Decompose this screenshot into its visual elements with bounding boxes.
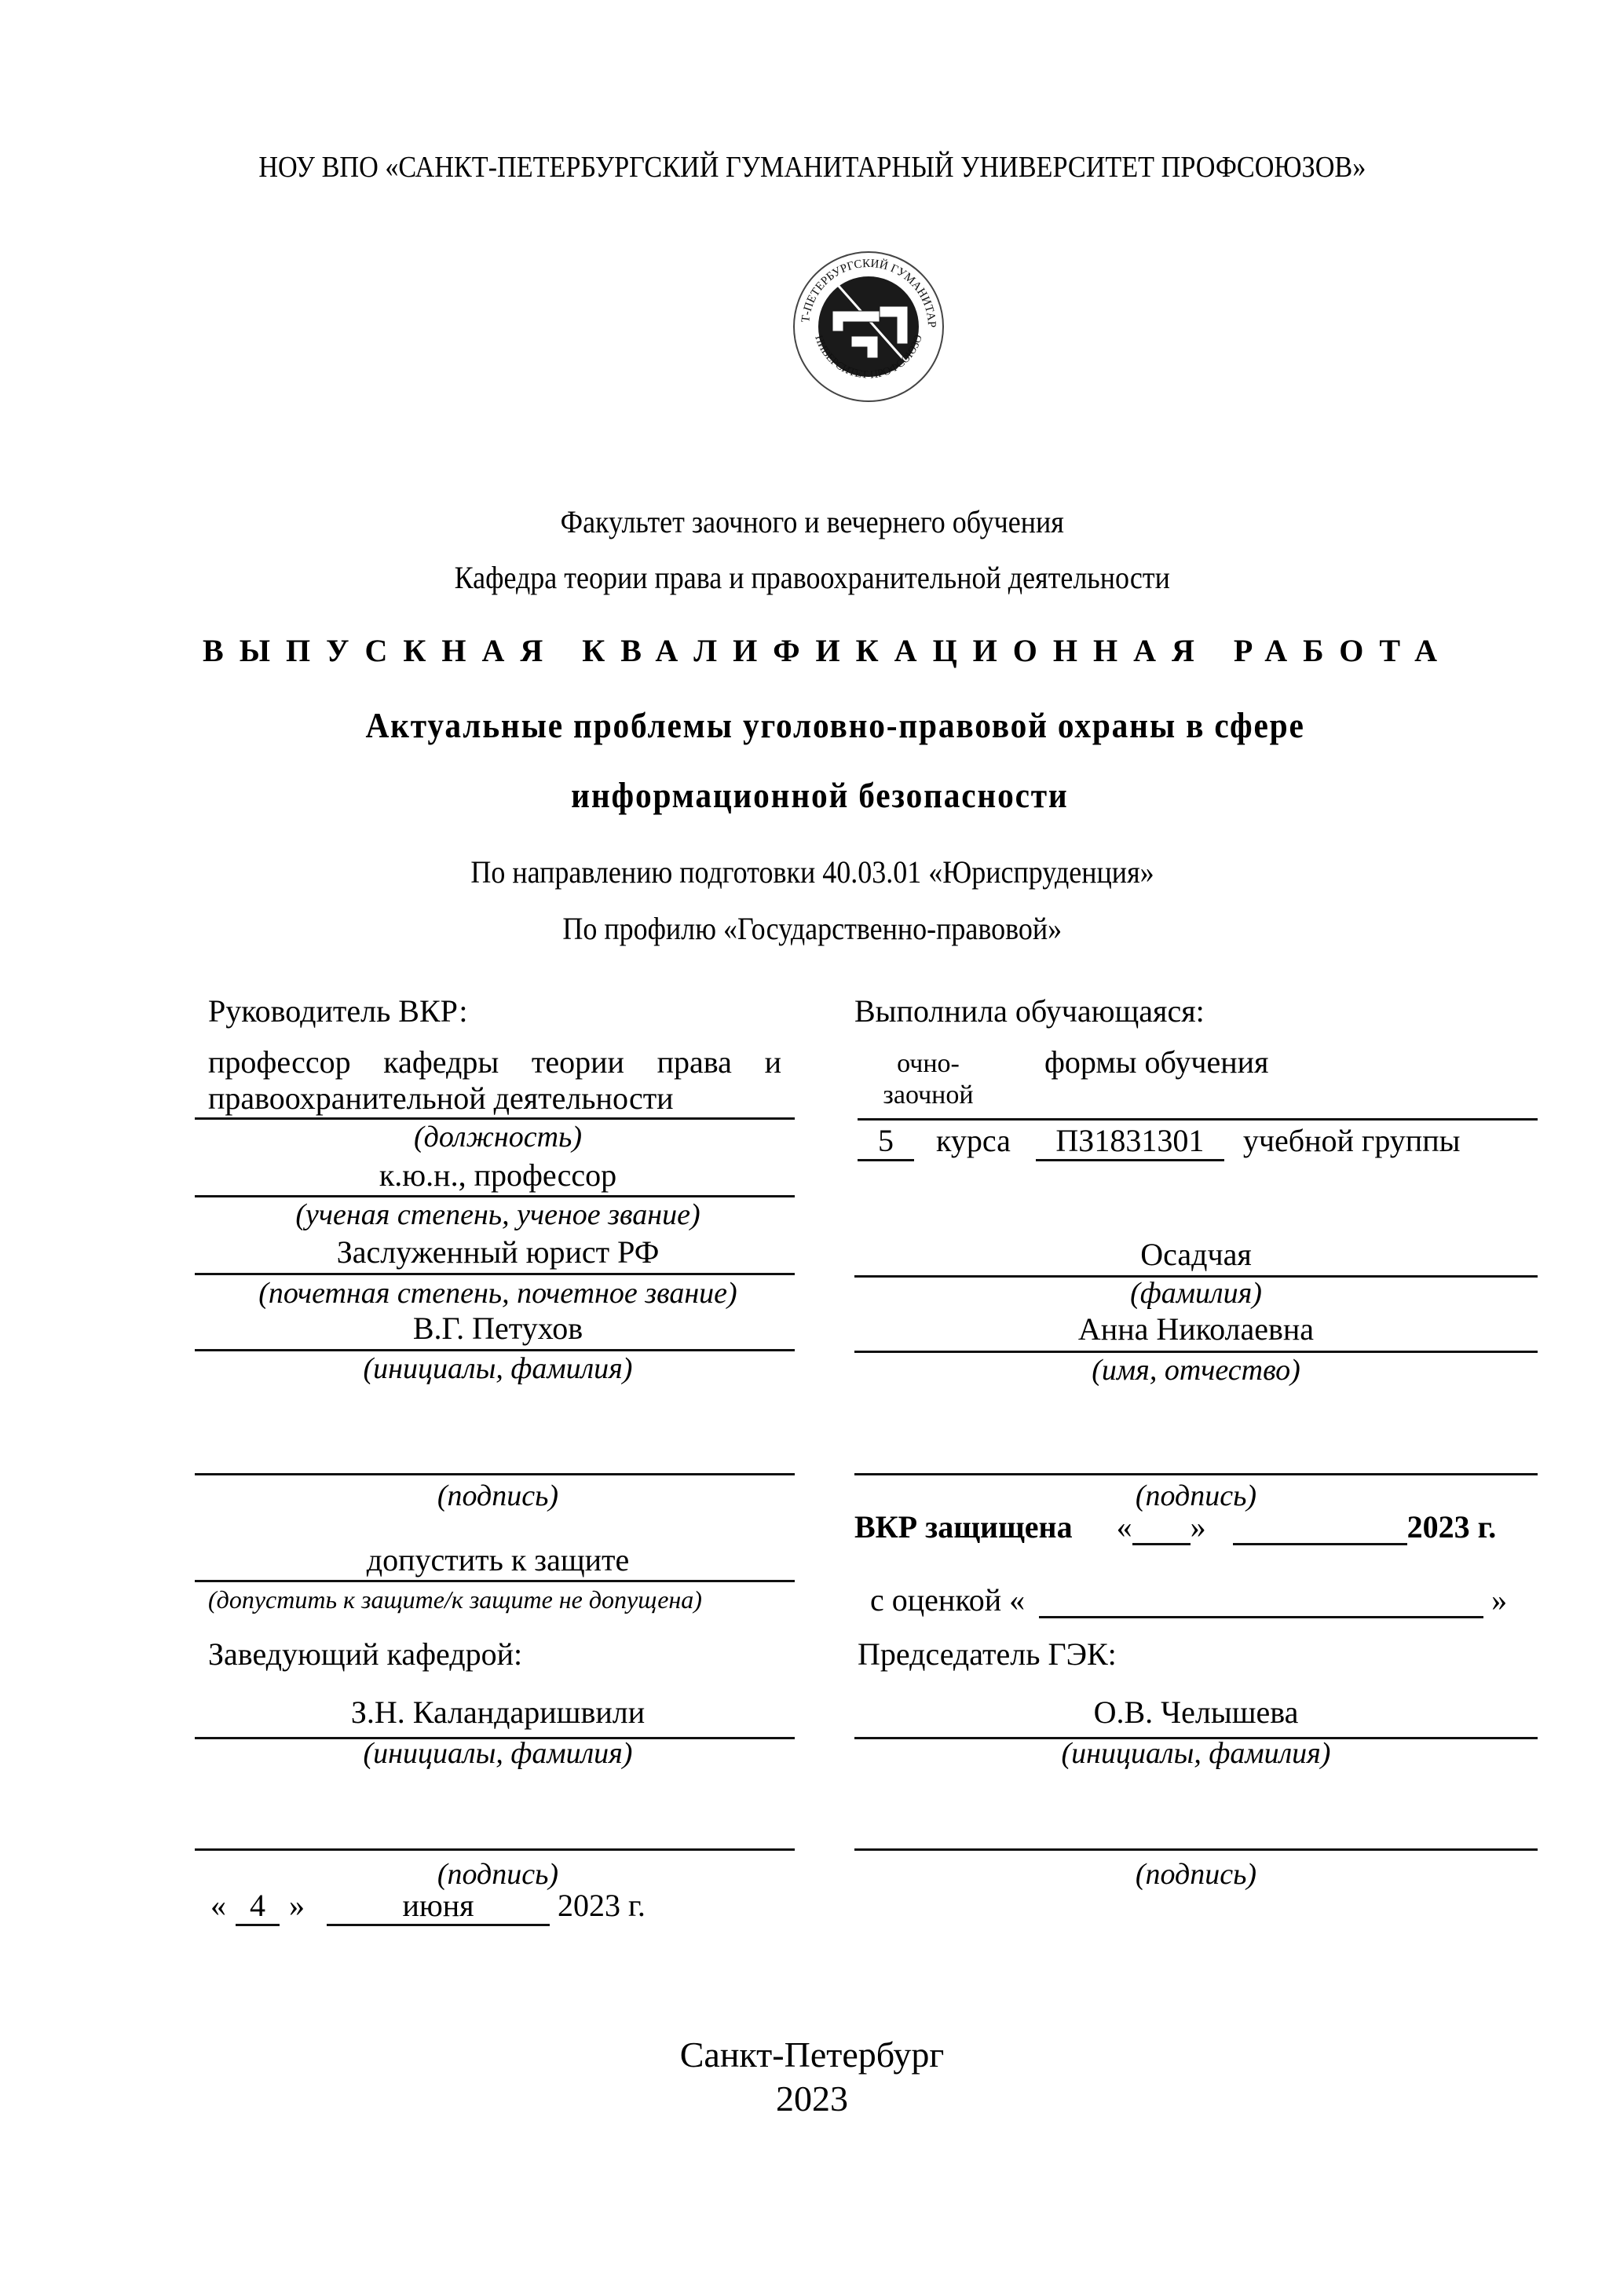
head-name: З.Н. Каландаришвили	[195, 1695, 801, 1731]
supervisor-honorary: Заслуженный юрист РФ	[195, 1234, 801, 1270]
date-close-quote: »	[289, 1888, 305, 1923]
supervisor-name: В.Г. Петухов	[195, 1311, 801, 1347]
footer-city: Санкт-Петербург	[0, 2034, 1624, 2076]
thesis-title-line1: Актуальные проблемы уголовно-правовой ох…	[0, 704, 1624, 746]
grade-field[interactable]	[1039, 1586, 1483, 1618]
chair-name-caption: (инициалы, фамилия)	[854, 1735, 1538, 1771]
given-names-caption: (имя, отчество)	[854, 1352, 1538, 1388]
head-date: « 4 » июня 2023 г.	[210, 1888, 646, 1926]
chair-signature-caption: (подпись)	[854, 1856, 1538, 1892]
chair-name: О.В. Челышева	[854, 1695, 1538, 1731]
supervisor-position-line1: профессор кафедры теории права и	[208, 1044, 781, 1080]
student-signature-line[interactable]	[854, 1473, 1538, 1475]
group-label: учебной группы	[1243, 1123, 1461, 1158]
study-form-value[interactable]: очно- заочной	[881, 1048, 975, 1111]
grade-close-quote: »	[1491, 1582, 1507, 1618]
defense-row: ВКР защищена «» 2023 г.	[854, 1509, 1496, 1545]
study-form-line2: заочной	[881, 1080, 975, 1111]
date-day-field[interactable]: 4	[236, 1888, 280, 1926]
grade-row: с оценкой « »	[870, 1582, 1507, 1618]
defense-label: ВКР защищена	[854, 1509, 1073, 1545]
study-form-label: формы обучения	[1044, 1044, 1268, 1080]
surname-caption: (фамилия)	[854, 1275, 1538, 1311]
student-surname: Осадчая	[854, 1237, 1538, 1273]
date-year: 2023 г.	[558, 1888, 646, 1923]
course-field[interactable]: 5	[858, 1123, 914, 1161]
document-type: ВЫПУСКНАЯ КВАЛИФИКАЦИОННАЯ РАБОТА	[0, 632, 1624, 669]
head-heading: Заведующий кафедрой:	[208, 1636, 522, 1673]
supervisor-position-line2: правоохранительной деятельности	[208, 1080, 674, 1117]
date-open-quote: «	[210, 1888, 226, 1923]
admission-decision: допустить к защите	[195, 1542, 801, 1578]
study-form-line1: очно-	[881, 1048, 975, 1080]
degree-caption: (ученая степень, ученое звание)	[195, 1197, 801, 1233]
defense-year: 2023 г.	[1407, 1509, 1497, 1545]
date-month-field[interactable]: июня	[327, 1888, 550, 1926]
department-name: Кафедра теории права и правоохранительно…	[0, 560, 1624, 596]
course-label: курса	[936, 1123, 1011, 1158]
supervisor-signature-caption: (подпись)	[195, 1478, 801, 1514]
head-signature-line[interactable]	[195, 1848, 795, 1851]
thesis-title-line2: информационной безопасности	[0, 774, 1624, 816]
student-heading: Выполнила обучающаяся:	[854, 993, 1205, 1029]
organization-name: НОУ ВПО «САНКТ-ПЕТЕРБУРГСКИЙ ГУМАНИТАРНЫ…	[0, 149, 1624, 185]
grade-label: с оценкой «	[870, 1582, 1025, 1618]
student-given-names: Анна Николаевна	[854, 1311, 1538, 1347]
defense-month-field[interactable]	[1233, 1513, 1407, 1545]
honorary-caption: (почетная степень, почетное звание)	[195, 1275, 801, 1311]
group-field[interactable]: ПЗ1831301	[1036, 1123, 1224, 1161]
supervisor-degree: к.ю.н., профессор	[195, 1157, 801, 1194]
study-profile: По профилю «Государственно-правовой»	[0, 911, 1624, 947]
study-direction: По направлению подготовки 40.03.01 «Юрис…	[0, 854, 1624, 890]
study-form-underline	[858, 1118, 1538, 1121]
course-group-row: 5 курса ПЗ1831301 учебной группы	[858, 1123, 1460, 1161]
supervisor-heading: Руководитель ВКР:	[208, 993, 814, 1029]
footer-year: 2023	[0, 2078, 1624, 2120]
position-caption: (должность)	[195, 1119, 801, 1155]
defense-day-field[interactable]	[1132, 1513, 1191, 1545]
supervisor-signature-line[interactable]	[195, 1473, 795, 1475]
name-caption: (инициалы, фамилия)	[195, 1351, 801, 1387]
chair-heading: Председатель ГЭК:	[858, 1636, 1117, 1673]
defense-open-quote: «	[1117, 1509, 1132, 1545]
defense-close-quote: »	[1191, 1509, 1206, 1545]
chair-signature-line[interactable]	[854, 1848, 1538, 1851]
university-emblem-icon: САНКТ-ПЕТЕРБУРГСКИЙ ГУМАНИТАРНЫЙ УНИВЕРС…	[792, 250, 946, 404]
admission-caption: (допустить к защите/к защите не допущена…	[208, 1581, 702, 1618]
faculty-name: Факультет заочного и вечернего обучения	[0, 504, 1624, 540]
head-name-caption: (инициалы, фамилия)	[195, 1735, 801, 1771]
